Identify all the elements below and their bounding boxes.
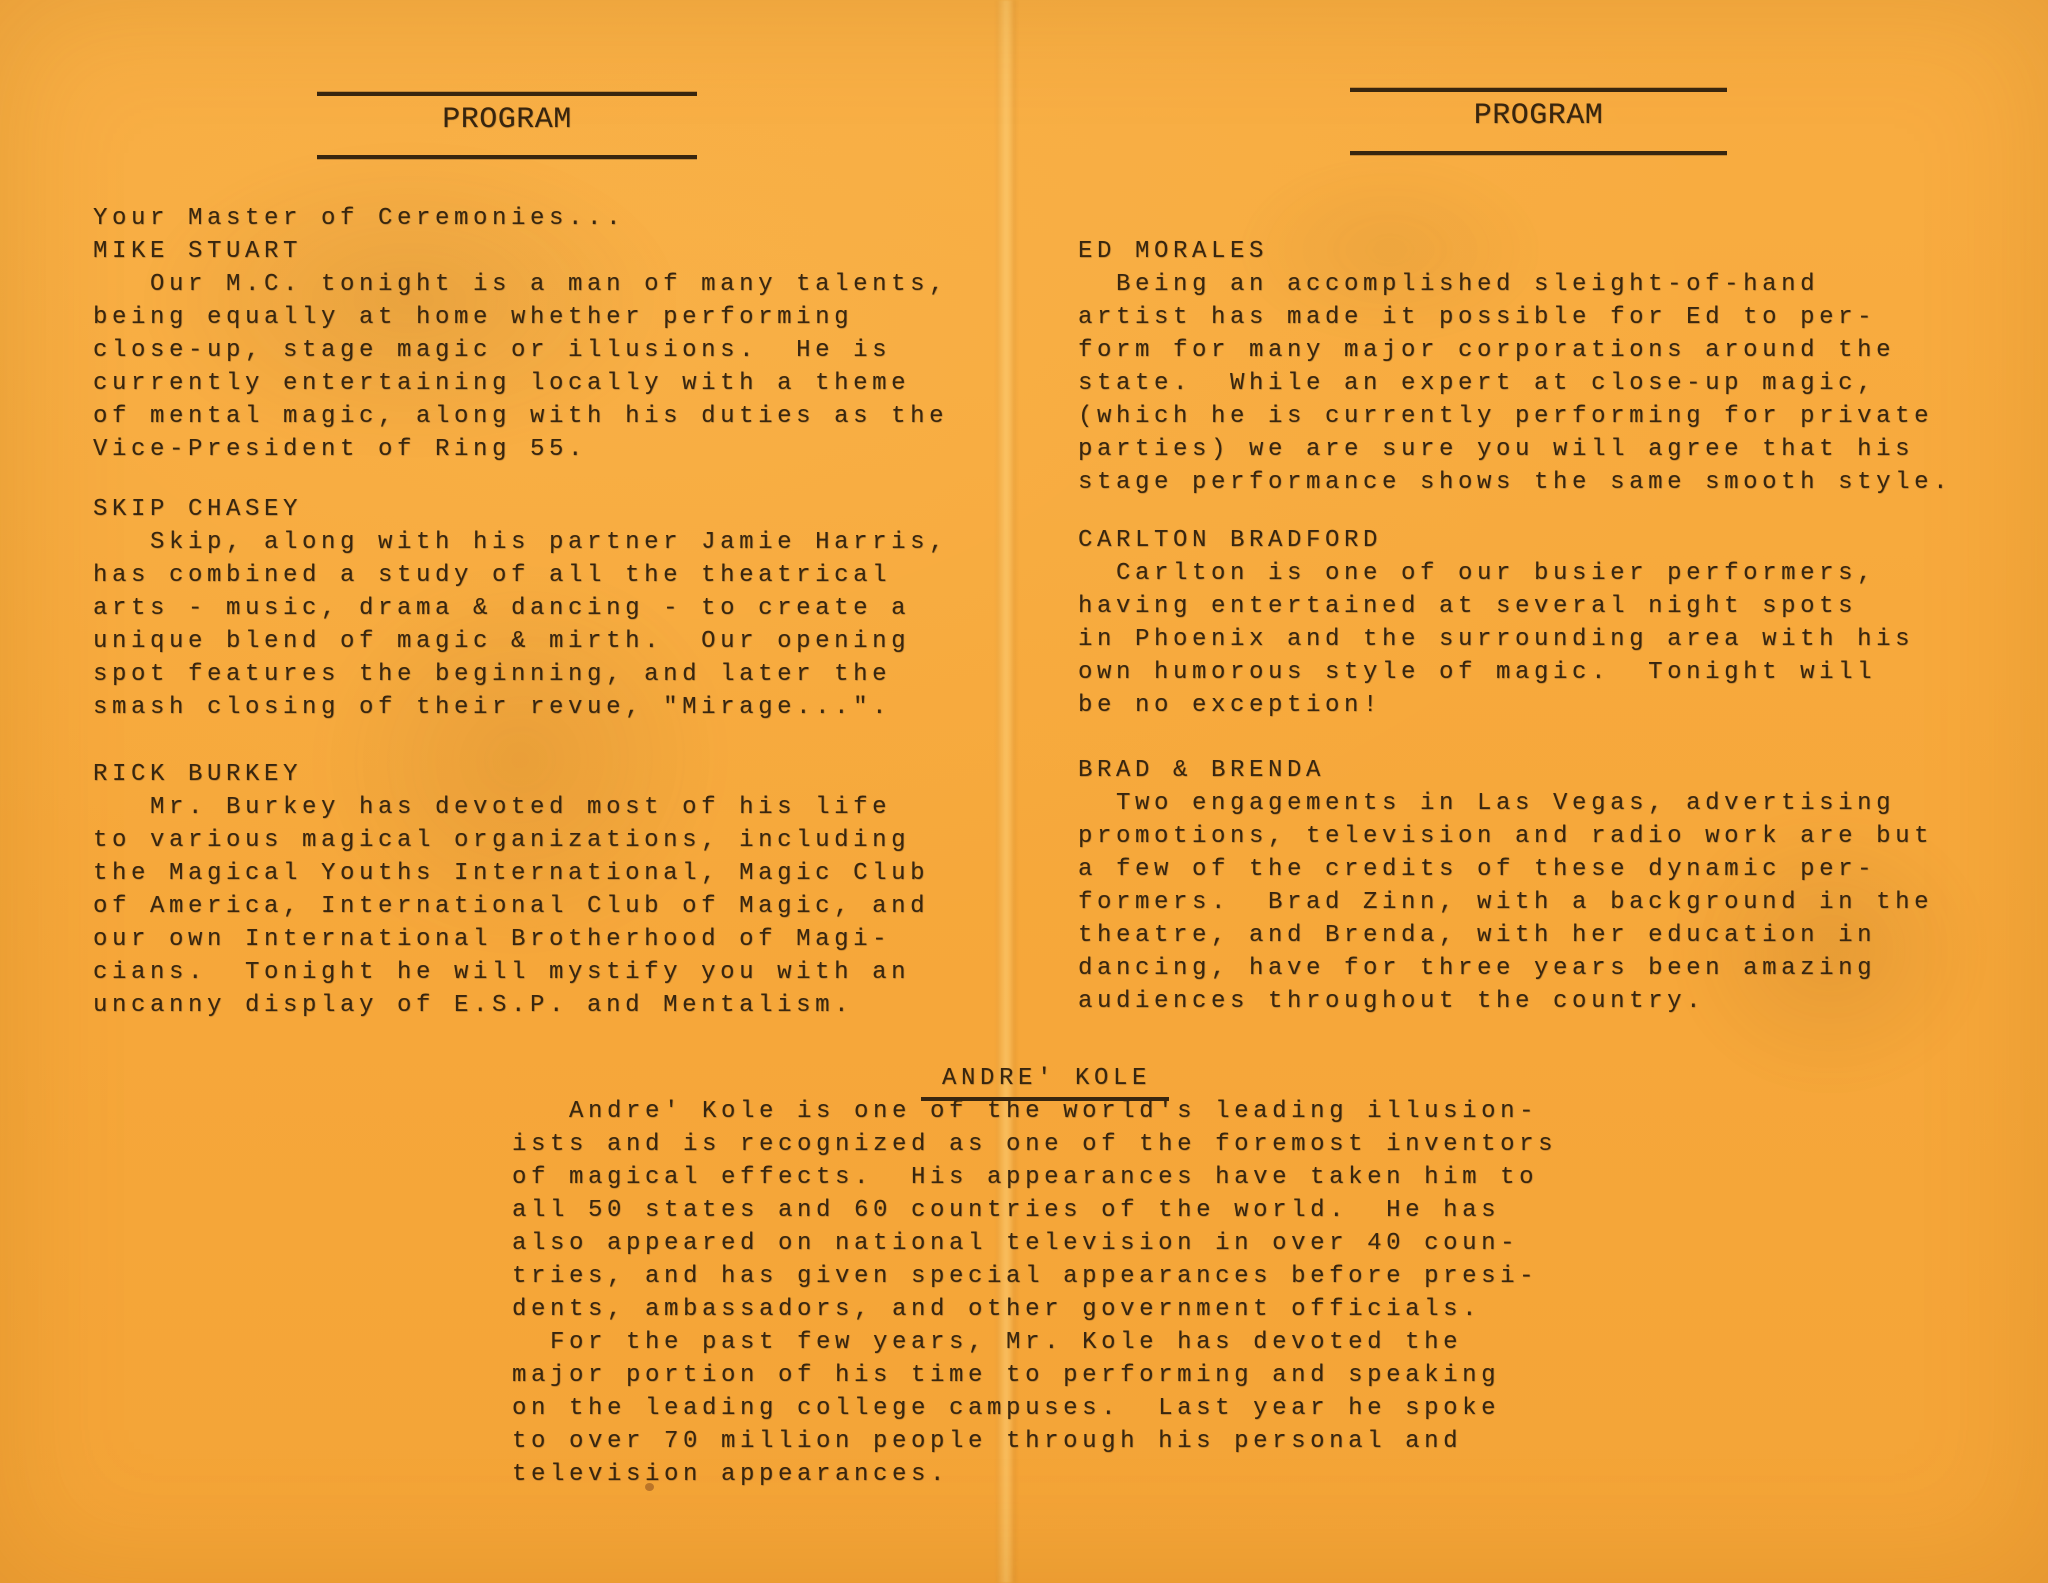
performer-name: ED MORALES [1078, 235, 1952, 268]
section-ed-morales: ED MORALES Being an accomplished sleight… [1078, 235, 1952, 499]
section-brad-and-brenda: BRAD & BRENDA Two engagements in Las Veg… [1078, 754, 1933, 1018]
program-header-left: PROGRAM [317, 92, 697, 159]
program-header-right: PROGRAM [1350, 88, 1727, 155]
section-rick-burkey: RICK BURKEY Mr. Burkey has devoted most … [93, 758, 929, 1022]
performer-bio: Two engagements in Las Vegas, advertisin… [1078, 787, 1933, 1018]
performer-bio: Skip, along with his partner Jamie Harri… [93, 526, 948, 724]
andre-kole-bio: Andre' Kole is one of the world's leadin… [512, 1095, 1557, 1491]
performer-name: CARLTON BRADFORD [1078, 524, 1914, 557]
performer-bio: Our M.C. tonight is a man of many talent… [93, 268, 948, 466]
section-mike-stuart: MIKE STUART Our M.C. tonight is a man of… [93, 235, 948, 466]
mc-intro-line: Your Master of Ceremonies... [93, 202, 625, 235]
section-carlton-bradford: CARLTON BRADFORD Carlton is one of our b… [1078, 524, 1914, 722]
performer-bio: Being an accomplished sleight-of-hand ar… [1078, 268, 1952, 499]
performer-bio: Carlton is one of our busier performers,… [1078, 557, 1914, 722]
performer-name: BRAD & BRENDA [1078, 754, 1933, 787]
program-header-left-label: PROGRAM [317, 96, 697, 155]
section-skip-chasey: SKIP CHASEY Skip, along with his partner… [93, 493, 948, 724]
performer-name: MIKE STUART [93, 235, 948, 268]
paper-speck [645, 1483, 654, 1491]
program-page: PROGRAM PROGRAM Your Master of Ceremonie… [0, 0, 2048, 1583]
performer-bio: Mr. Burkey has devoted most of his life … [93, 791, 929, 1022]
program-header-right-label: PROGRAM [1350, 92, 1727, 151]
andre-kole-heading-label: ANDRE' KOLE [942, 1065, 1151, 1092]
performer-name: SKIP CHASEY [93, 493, 948, 526]
performer-name: RICK BURKEY [93, 758, 929, 791]
